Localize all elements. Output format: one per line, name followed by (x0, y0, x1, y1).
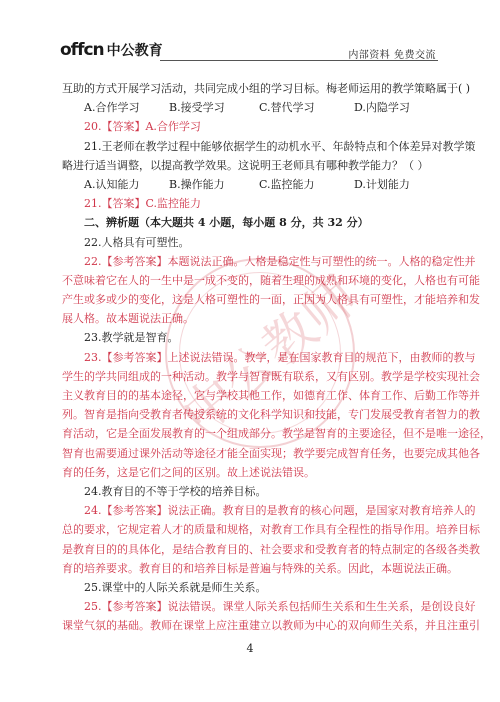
answer-text-line: 21.【答案】C.监控能力 (62, 194, 440, 213)
answer-text-line: 智育也需要通过课外活动等途径才能全面实现；教学要完成智育任务，也要完成其他各 (62, 444, 440, 463)
question-text-line: 互助的方式开展学习活动，共同完成小组的学习目标。梅老师运用的教学策略属于( ) (62, 79, 440, 98)
answer-text-line: 24.【参考答案】说法正确。教育目的是教育的核心问题，是国家对教育培养人的 (62, 501, 440, 520)
question-text-line: 略进行适当调整，以提高教学效果。这说明王老师具有哪种教学能力？（ ） (62, 156, 440, 175)
answer-text-line: 产生或多或少的变化，这是人格可塑性的一面，正因为人格具有可塑性，才能培养和发 (62, 290, 440, 309)
section-heading: 二、辨析题（本大题共 4 小题，每小题 8 分，共 32 分） (62, 213, 440, 232)
header-note: 内部资料 免费交流 (348, 46, 436, 61)
question-text-line: 23.教学就是智育。 (62, 328, 440, 347)
offcn-logo: offcn中公教育 (60, 40, 163, 60)
option-c: C.监控能力 (259, 175, 354, 194)
answer-text-line: 25.【参考答案】说法错误。课堂人际关系包括师生关系和生生关系，是创设良好 (62, 597, 440, 616)
answer-text-line: 是教育目的的具体化，是结合教育目的、社会要求和受教育者的特点制定的各级各类教 (62, 540, 440, 559)
question-text-line: 21.王老师在教学过程中能够依据学生的动机水平、年龄特点和个体差异对教学策 (62, 137, 440, 156)
answer-options: A.合作学习B.接受学习C.替代学习D.内隐学习 (62, 98, 440, 117)
question-text-line: 24.教育目的不等于学校的培养目标。 (62, 482, 440, 501)
answer-text-line: 不意味着它在人的一生中是一成不变的，随着生理的成熟和环境的变化，人格也有可能 (62, 271, 440, 290)
page-header: offcn中公教育 内部资料 免费交流 (60, 40, 438, 62)
answer-text-line: 学生的学共同组成的一种活动。教学与智育既有联系，又有区别。教学是学校实现社会 (62, 367, 440, 386)
page-number: 4 (0, 642, 500, 655)
option-b: B.接受学习 (169, 98, 259, 117)
answer-text-line: 23.【参考答案】上述说法错误。教学，是在国家教育目的规范下，由教师的教与 (62, 348, 440, 367)
option-b: B.操作能力 (169, 175, 259, 194)
document-body: 互助的方式开展学习活动，共同完成小组的学习目标。梅老师运用的教学策略属于( )A… (62, 79, 440, 635)
answer-text-line: 育的任务，这是它们之间的区别。故上述说法错误。 (62, 463, 440, 482)
answer-text-line: 20.【答案】A.合作学习 (62, 117, 440, 136)
logo-cn: 中公教育 (107, 43, 163, 59)
answer-text-line: 育活动，它是全面发展教育的一个组成部分。教学是智育的主要途径，但不是唯一途径， (62, 424, 440, 443)
answer-options: A.认知能力B.操作能力C.监控能力D.计划能力 (62, 175, 440, 194)
logo-latin: offcn (60, 40, 104, 60)
question-text-line: 22.人格具有可塑性。 (62, 233, 440, 252)
option-a: A.合作学习 (84, 98, 169, 117)
answer-text-line: 列。智育是指向受教育者传授系统的文化科学知识和技能，专门发展受教育者智力的教 (62, 405, 440, 424)
answer-text-line: 课堂气氛的基础。教师在课堂上应注重建立以教师为中心的双向师生关系，并且注重引 (62, 616, 440, 635)
answer-text-line: 主义教育目的的基本途径，它与学校其他工作，如德育工作、体育工作、后勤工作等并 (62, 386, 440, 405)
option-a: A.认知能力 (84, 175, 169, 194)
option-d: D.内隐学习 (354, 98, 410, 117)
option-d: D.计划能力 (354, 175, 410, 194)
answer-text-line: 总的要求，它规定着人才的质量和规格，对教育工作具有全程性的指导作用。培养目标 (62, 520, 440, 539)
option-c: C.替代学习 (259, 98, 354, 117)
question-text-line: 25.课堂中的人际关系就是师生关系。 (62, 578, 440, 597)
answer-text-line: 22.【参考答案】本题说法正确。人格是稳定性与可塑性的统一。人格的稳定性并 (62, 252, 440, 271)
answer-text-line: 育的培养要求。教育目的和培养目标是普遍与特殊的关系。因此，本题说法正确。 (62, 559, 440, 578)
answer-text-line: 展人格。故本题说法正确。 (62, 309, 440, 328)
